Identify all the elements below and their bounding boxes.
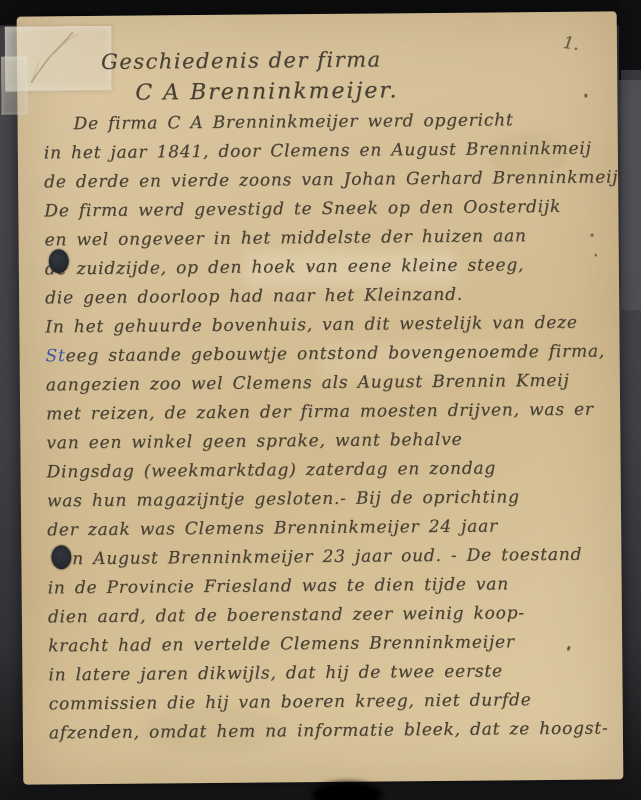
scan-shadow-blob	[312, 782, 382, 800]
page-number: 1.	[561, 33, 580, 55]
line-text: de zuidzijde, op den hoek van eene klein…	[45, 255, 525, 279]
manuscript-page: 1. Geschiedenis der firma C A Brenninkme…	[17, 11, 624, 784]
manuscript-body: De firma C A Brenninkmeijer werd opgeric…	[44, 109, 616, 752]
line-text: was hun magazijntje gesloten.- Bij de op…	[47, 487, 520, 511]
line-text: dien aard, dat de boerenstand zeer weini…	[48, 603, 525, 627]
scan-background-corner	[619, 0, 641, 80]
line-text: In het gehuurde bovenhuis, van dit weste…	[45, 313, 578, 338]
scan-background-edge	[621, 70, 641, 310]
line-text: van een winkel geen sprake, want behalve	[46, 430, 462, 454]
document-title: Geschiedenis der firma C A Brenninkmeije…	[101, 47, 399, 106]
title-line: C A Brenninkmeijer.	[101, 78, 398, 106]
line-text: aangezien zoo wel Clemens als August Bre…	[46, 371, 570, 396]
line-text: der zaak was Clemens Brenninkmeijer 24 j…	[47, 516, 498, 540]
line-text: De firma C A Brenninkmeijer werd opgeric…	[74, 110, 514, 134]
manuscript-line: afzenden, omdat hem na informatie bleek,…	[49, 718, 615, 752]
line-text: eeg staande gebouwtje ontstond bovengeno…	[66, 342, 606, 367]
scanned-document-view: 1. Geschiedenis der firma C A Brenninkme…	[0, 0, 641, 800]
punch-hole	[49, 249, 69, 273]
line-text: De firma werd gevestigd te Sneek op den …	[44, 197, 561, 222]
line-text: de derde en vierde zoons van Johan Gerha…	[44, 167, 625, 192]
line-text: in latere jaren dikwijls, dat hij de twe…	[48, 661, 503, 685]
line-text: en wel ongeveer in het middelste der hui…	[45, 226, 527, 250]
punch-hole	[51, 545, 71, 569]
adhesive-tape-edge	[1, 57, 28, 115]
ink-speck	[584, 94, 587, 98]
line-text: afzenden, omdat hem na informatie bleek,…	[49, 718, 609, 743]
line-text: die geen doorloop had naar het Kleinzand…	[45, 285, 463, 309]
line-text: Dingsdag (weekmarktdag) zaterdag en zond…	[47, 458, 497, 482]
line-text: kracht had en vertelde Clemens Brenninkm…	[48, 632, 515, 656]
line-text: in het jaar 1841, door Clemens en August…	[44, 139, 592, 164]
line-text: in de Provincie Friesland was te dien ti…	[48, 574, 509, 598]
title-line: Geschiedenis der firma	[101, 47, 398, 74]
blue-ink-text: St	[46, 346, 66, 366]
line-text: commissien die hij van boeren kreeg, nie…	[49, 690, 532, 714]
line-text: met reizen, de zaken der firma moesten d…	[46, 400, 594, 425]
line-text: en August Brenninkmeijer 23 jaar oud. - …	[61, 545, 582, 570]
